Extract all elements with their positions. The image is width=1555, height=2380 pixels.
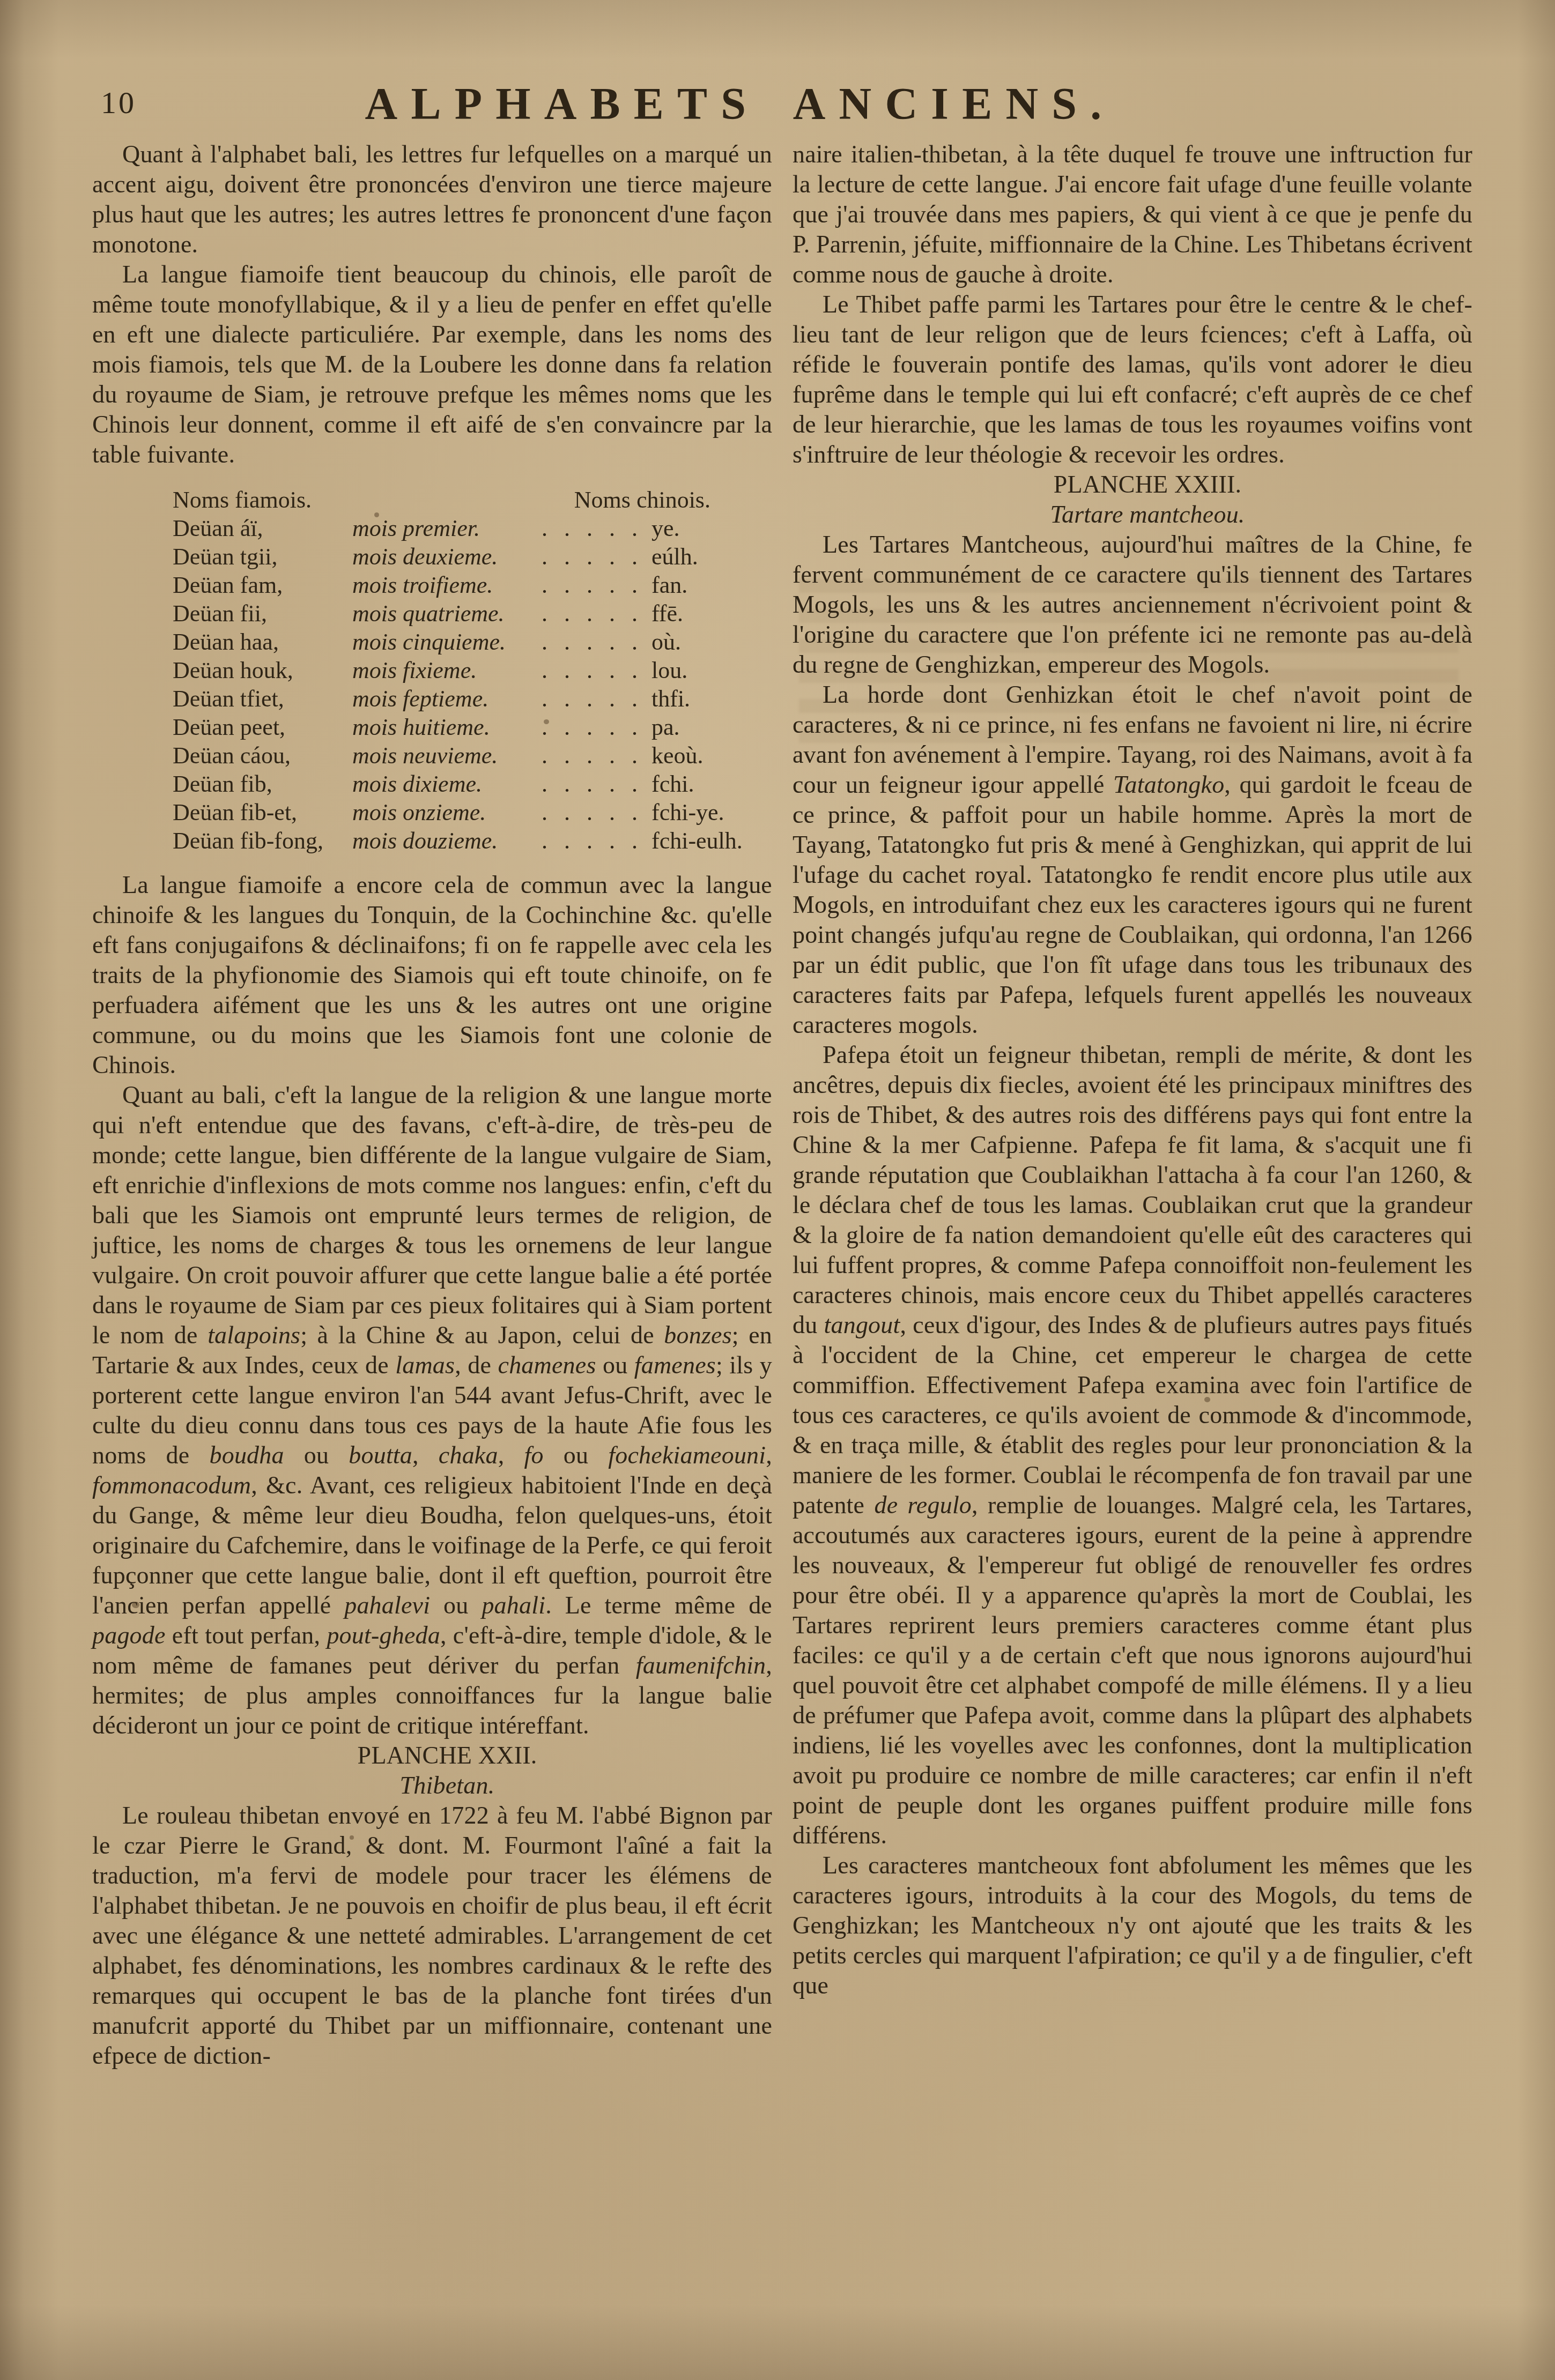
dot-leader: . . . . . . <box>537 741 651 770</box>
table-row: Deüan fib, mois dixieme. . . . . . . fch… <box>173 770 772 798</box>
planche-xxiii-subheading: Tartare mantcheou. <box>793 500 1472 530</box>
dot-leader: . . . . . . <box>537 599 651 628</box>
planche-xxii-heading: PLANCHE XXII. <box>92 1741 772 1771</box>
ink-speck <box>374 512 379 517</box>
planche-xxiii-heading: PLANCHE XXIII. <box>793 470 1472 500</box>
month-label: mois douzieme. <box>352 827 537 855</box>
dot-leader: . . . . . . <box>537 628 651 656</box>
chinese-name: fan. <box>651 571 772 599</box>
siamese-name: Deüan fam, <box>173 571 352 599</box>
ink-speck <box>1399 365 1404 369</box>
scanned-book-page: 10 ALPHABETS ANCIENS. Quant à l'alphabet… <box>0 0 1555 2380</box>
month-label: mois feptieme. <box>352 685 537 713</box>
chinese-name: fchi-eulh. <box>651 827 772 855</box>
month-label: mois fixieme. <box>352 656 537 685</box>
month-label: mois huitieme. <box>352 713 537 741</box>
siamese-name: Deüan fib-fong, <box>173 827 352 855</box>
chinese-name: pa. <box>651 713 772 741</box>
paragraph: Les Tartares Mantcheous, aujourd'hui maî… <box>793 530 1472 680</box>
paragraph: La langue fiamoife tient beaucoup du chi… <box>92 259 772 470</box>
paragraph: naire italien-thibetan, à la tête duquel… <box>793 139 1472 289</box>
month-label: mois neuvieme. <box>352 741 537 770</box>
table-row: Deüan tfiet, mois feptieme. . . . . . . … <box>173 685 772 713</box>
paragraph: La horde dont Genhizkan étoit le chef n'… <box>793 680 1472 1040</box>
left-column: Quant à l'alphabet bali, les lettres fur… <box>92 139 772 2071</box>
month-label: mois cinquieme. <box>352 628 537 656</box>
dot-leader: . . . . . . <box>537 827 651 855</box>
dot-leader: . . . . . . <box>537 713 651 741</box>
table-row: Deüan fam, mois troifieme. . . . . . . f… <box>173 571 772 599</box>
siamese-name: Deüan tfiet, <box>173 685 352 713</box>
chinese-name: eúlh. <box>651 542 772 571</box>
paragraph: Quant au bali, c'eft la langue de la rel… <box>92 1080 772 1741</box>
siamese-name: Deüan fib-et, <box>173 798 352 827</box>
dot-leader: . . . . . . <box>537 571 651 599</box>
ink-speck <box>350 1835 354 1840</box>
siamese-name: Deüan tgii, <box>173 542 352 571</box>
month-label: mois onzieme. <box>352 798 537 827</box>
chinese-name: où. <box>651 628 772 656</box>
paragraph: La langue fiamoife a encore cela de comm… <box>92 870 772 1080</box>
paragraph: Le Thibet paffe parmi les Tartares pour … <box>793 289 1472 470</box>
table-row: Deüan tgii, mois deuxieme. . . . . . . e… <box>173 542 772 571</box>
month-label: mois quatrieme. <box>352 599 537 628</box>
chinese-name: fchi-ye. <box>651 798 772 827</box>
siamese-name: Deüan fii, <box>173 599 352 628</box>
paragraph: Les caracteres mantcheoux font abfolumen… <box>793 1850 1472 2000</box>
chinese-name: fchi. <box>651 770 772 798</box>
chinese-name: keoù. <box>651 741 772 770</box>
siamese-name: Deüan houk, <box>173 656 352 685</box>
table-row: Deüan houk, mois fixieme. . . . . . . lo… <box>173 656 772 685</box>
table-header: Noms fiamois. Noms chinois. <box>173 486 772 514</box>
month-label: mois deuxieme. <box>352 542 537 571</box>
paragraph: Quant à l'alphabet bali, les lettres fur… <box>92 139 772 259</box>
table-row: Deüan fib-et, mois onzieme. . . . . . . … <box>173 798 772 827</box>
dot-leader: . . . . . . <box>537 798 651 827</box>
page-title: ALPHABETS ANCIENS. <box>0 78 1480 130</box>
table-row: Deüan fib-fong, mois douzieme. . . . . .… <box>173 827 772 855</box>
table-header-siamois: Noms fiamois. <box>173 486 312 514</box>
chinese-name: thfi. <box>651 685 772 713</box>
siamese-name: Deüan peet, <box>173 713 352 741</box>
siamese-name: Deüan haa, <box>173 628 352 656</box>
dot-leader: . . . . . . <box>537 542 651 571</box>
table-header-chinois: Noms chinois. <box>574 486 710 514</box>
chinese-name: ye. <box>651 514 772 542</box>
month-label: mois premier. <box>352 514 537 542</box>
table-row: Deüan cáou, mois neuvieme. . . . . . . k… <box>173 741 772 770</box>
dot-leader: . . . . . . <box>537 656 651 685</box>
ink-speck <box>1204 1397 1210 1402</box>
siamese-name: Deüan fib, <box>173 770 352 798</box>
table-row: Deüan áï, mois premier. . . . . . . ye. <box>173 514 772 542</box>
siamese-name: Deüan áï, <box>173 514 352 542</box>
right-column: naire italien-thibetan, à la tête duquel… <box>793 139 1472 2000</box>
ink-speck <box>132 1602 139 1608</box>
chinese-name: ffē. <box>651 599 772 628</box>
paragraph: Pafepa étoit un feigneur thibetan, rempl… <box>793 1040 1472 1850</box>
paragraph: Le rouleau thibetan envoyé en 1722 à feu… <box>92 1801 772 2071</box>
siamese-chinese-months-table: Noms fiamois. Noms chinois. Deüan áï, mo… <box>173 486 772 855</box>
table-row: Deüan fii, mois quatrieme. . . . . . . f… <box>173 599 772 628</box>
month-label: mois troifieme. <box>352 571 537 599</box>
dot-leader: . . . . . . <box>537 770 651 798</box>
table-row: Deüan haa, mois cinquieme. . . . . . . o… <box>173 628 772 656</box>
planche-xxii-subheading: Thibetan. <box>92 1771 772 1801</box>
dot-leader: . . . . . . <box>537 514 651 542</box>
ink-speck <box>544 719 549 724</box>
siamese-name: Deüan cáou, <box>173 741 352 770</box>
dot-leader: . . . . . . <box>537 685 651 713</box>
table-row: Deüan peet, mois huitieme. . . . . . . p… <box>173 713 772 741</box>
month-label: mois dixieme. <box>352 770 537 798</box>
chinese-name: lou. <box>651 656 772 685</box>
